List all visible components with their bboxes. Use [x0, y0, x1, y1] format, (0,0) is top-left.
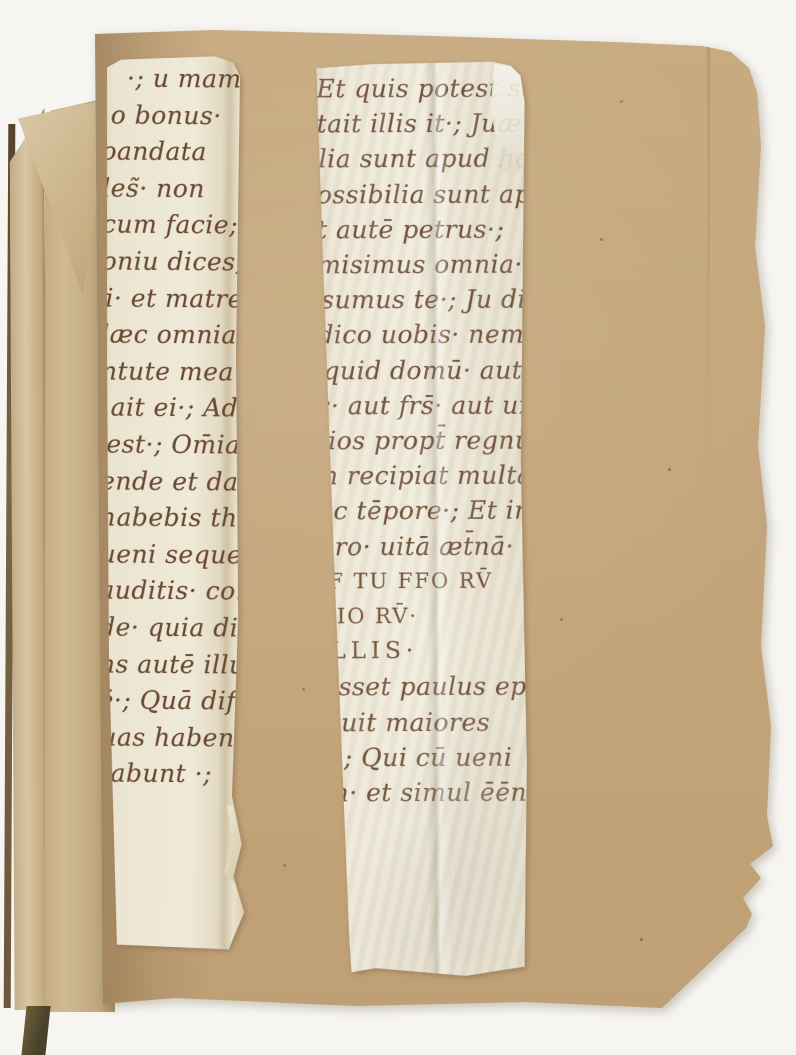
- manuscript-line: ·; u mam: [103, 61, 253, 99]
- manuscript-line: sset paulus eph: [319, 669, 531, 705]
- right-parchment-strip: Et quis potest saluitait illis it·; Juæl…: [312, 62, 531, 981]
- parchment-tear: [221, 804, 248, 888]
- manuscript-line: ntute mea·;: [101, 353, 251, 391]
- left-parchment-strip-wrap: ·; u mamo bonus·ɔandatales̃· noncum faci…: [93, 55, 253, 950]
- manuscript-line: uro· uitā æt̄nā·: [318, 528, 530, 564]
- manuscript-line: misimus omnia·: [317, 247, 529, 283]
- left-strip-text: ·; u mamo bonus·ɔandatales̃· noncum faci…: [98, 56, 253, 794]
- manuscript-line: ueni seque: [100, 536, 250, 574]
- folded-page-edge: [9, 108, 47, 1010]
- left-parchment-strip: ·; u mamo bonus·ɔandatales̃· noncum faci…: [93, 55, 253, 950]
- manuscript-line: FIO RV̄·: [318, 599, 530, 635]
- page-crease: [707, 36, 710, 456]
- manuscript-line: t·; Qui cū ueni: [319, 739, 531, 775]
- manuscript-line: cum facie;: [102, 207, 252, 245]
- manuscript-line: ɔandata: [102, 134, 252, 172]
- manuscript-line: LLIS·: [318, 634, 530, 670]
- manuscript-line: est·; Om̄ia: [100, 426, 250, 464]
- manuscript-line: ende et da: [100, 463, 250, 501]
- manuscript-line: oc tēpore·; Et in: [318, 493, 530, 529]
- manuscript-line: læc omnia·: [101, 317, 251, 355]
- manuscript-line: dico uobis· nemoē: [317, 317, 529, 353]
- right-strip-text: Et quis potest saluitait illis it·; Juæl…: [316, 62, 531, 811]
- manuscript-line: oniu dices;: [102, 243, 252, 281]
- manuscript-line: habebis thes: [100, 500, 250, 538]
- manuscript-line: les̃· non: [102, 170, 252, 208]
- binding-ribbon: [21, 1006, 50, 1055]
- right-parchment-strip-wrap: Et quis potest saluitait illis it·; Juæl…: [312, 62, 531, 981]
- manuscript-line: de· quia di: [99, 609, 249, 647]
- manuscript-line: uas habent·: [98, 719, 248, 757]
- manuscript-line: lios propt̄ regnū: [318, 423, 530, 459]
- manuscript-line: lia sunt apud ho: [317, 141, 529, 177]
- manuscript-line: ossibilia sunt apud: [317, 176, 529, 212]
- manuscript-line: tuit maiores: [319, 704, 531, 740]
- manuscript-line: i· et matre: [101, 280, 251, 318]
- manuscript-line: t autē petrus·;: [317, 211, 529, 247]
- manuscript-line: sumus te·; Ju dix: [317, 282, 529, 318]
- manuscript-line: s· aut frs̄· aut ux: [318, 387, 530, 423]
- manuscript-line: ait ei·; Ad: [101, 390, 251, 428]
- manuscript-line: ē·; Quā dif: [98, 683, 248, 721]
- manuscript-line: F TU FFO RV̄: [318, 563, 530, 599]
- manuscript-line: auditis· con: [99, 573, 249, 611]
- manuscript-line: n recipiat multa: [318, 458, 530, 494]
- manuscript-line: rabunt ·;: [98, 756, 248, 794]
- manuscript-line: m̄· et simul ēēn: [319, 775, 531, 811]
- manuscript-photo: ·; u mamo bonus·ɔandatales̃· noncum faci…: [0, 0, 796, 1055]
- manuscript-line: o bonus·: [103, 97, 253, 135]
- manuscript-line: quid domū· aut: [317, 352, 529, 388]
- manuscript-line: ns autē illu: [99, 646, 249, 684]
